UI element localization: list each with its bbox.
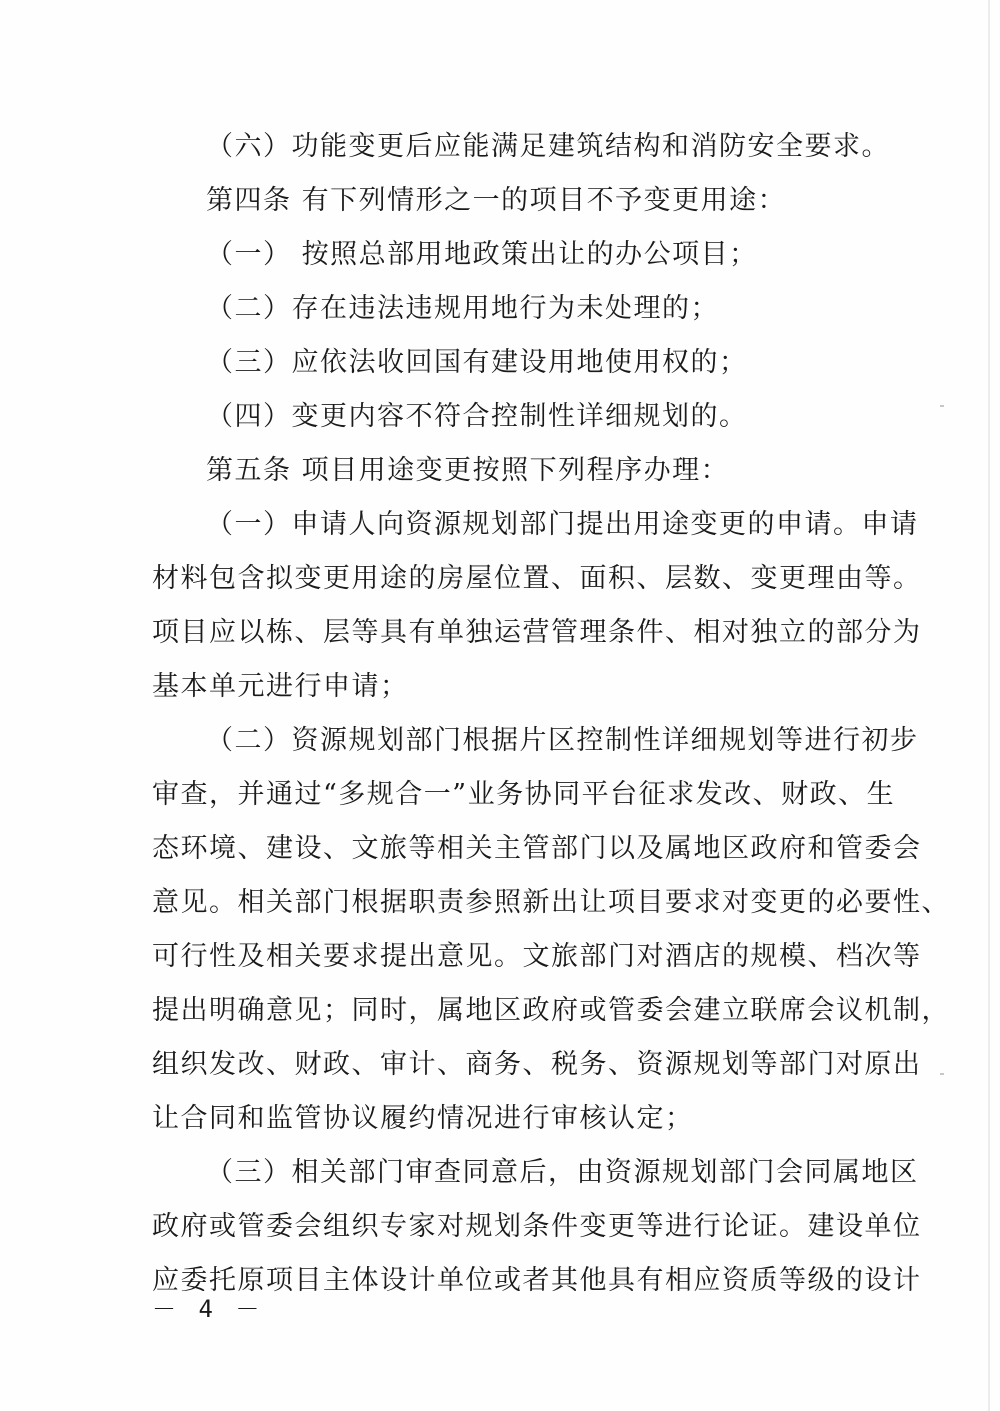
article-five-item-two-line-6: 提出明确意见；同时，属地区政府或管委会建立联席会议机制， — [152, 994, 882, 1028]
article-five-heading: 第五条 项目用途变更按照下列程序办理： — [206, 454, 882, 488]
scan-edge-line — [988, 0, 990, 1411]
article-four-item-three: （三）应依法收回国有建设用地使用权的； — [206, 346, 882, 380]
article-five-item-one-line-4: 基本单元进行申请； — [152, 670, 882, 704]
article-four-item-two: （二）存在违法违规用地行为未处理的； — [206, 292, 882, 326]
article-five-item-two-line-3: 态环境、建设、文旅等相关主管部门以及属地区政府和管委会 — [152, 832, 882, 866]
article-five-item-two-line-4: 意见。相关部门根据职责参照新出让项目要求对变更的必要性、 — [152, 886, 882, 920]
document-page: （六）功能变更后应能满足建筑结构和消防安全要求。 第四条 有下列情形之一的项目不… — [0, 0, 1000, 1411]
article-five-item-two-line-1: （二）资源规划部门根据片区控制性详细规划等进行初步 — [206, 724, 882, 758]
article-five-item-two-line-5: 可行性及相关要求提出意见。文旅部门对酒店的规模、档次等 — [152, 940, 882, 974]
article-five-item-one-line-2: 材料包含拟变更用途的房屋位置、面积、层数、变更理由等。 — [152, 562, 882, 596]
article-four-heading: 第四条 有下列情形之一的项目不予变更用途： — [206, 184, 882, 218]
article-five-item-two-line-7: 组织发改、财政、审计、商务、税务、资源规划等部门对原出 — [152, 1048, 882, 1082]
scan-speck — [940, 1073, 944, 1075]
page-number: － 4 － — [152, 1294, 263, 1324]
article-four-item-four: （四）变更内容不符合控制性详细规划的。 — [206, 400, 882, 434]
article-five-item-one-line-1: （一）申请人向资源规划部门提出用途变更的申请。申请 — [206, 508, 882, 542]
article-five-item-three-line-1: （三）相关部门审查同意后，由资源规划部门会同属地区 — [206, 1156, 882, 1190]
article-five-item-two-line-2: 审查，并通过“多规合一”业务协同平台征求发改、财政、生 — [152, 778, 882, 812]
article-five-item-three-line-2: 政府或管委会组织专家对规划条件变更等进行论证。建设单位 — [152, 1210, 882, 1244]
article-five-item-one-line-3: 项目应以栋、层等具有单独运营管理条件、相对独立的部分为 — [152, 616, 882, 650]
article-five-item-two-line-8: 让合同和监管协议履约情况进行审核认定； — [152, 1102, 882, 1136]
item-six-structural-fire-safety: （六）功能变更后应能满足建筑结构和消防安全要求。 — [206, 130, 882, 164]
scan-speck — [940, 405, 944, 407]
article-five-item-three-line-3: 应委托原项目主体设计单位或者其他具有相应资质等级的设计 — [152, 1264, 882, 1298]
article-four-item-one: （一） 按照总部用地政策出让的办公项目； — [206, 238, 882, 272]
